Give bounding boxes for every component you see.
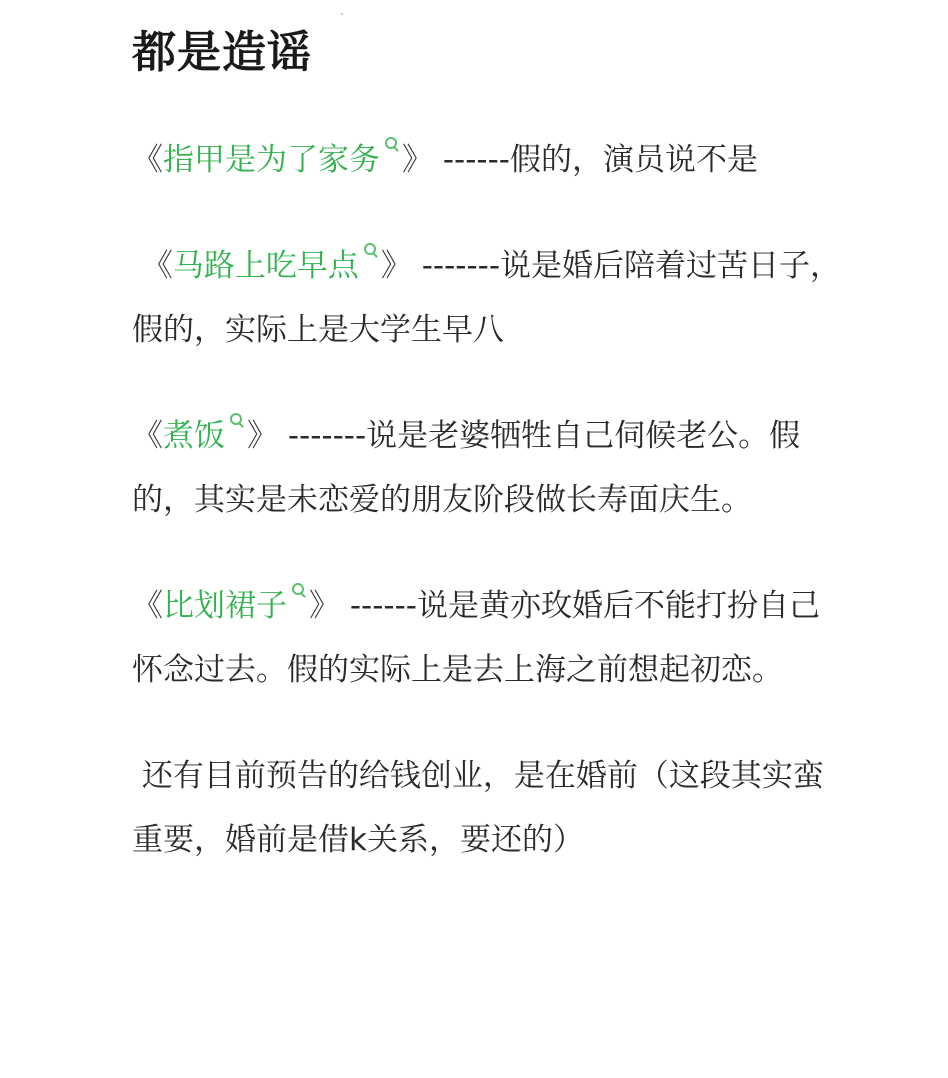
article-title: 都是造谣 — [132, 18, 844, 88]
topic-link-2[interactable]: 马路上吃早点 — [173, 248, 381, 284]
rumor-item-3: 《煮饭》 -------说是老婆牺牲自己伺候老公。假的，其实是未恋爱的朋友阶段做… — [132, 404, 844, 532]
article: 都是造谣 《指甲是为了家务》 ------假的，演员说不是 《马路上吃早点》 -… — [132, 18, 844, 914]
search-icon[interactable] — [384, 136, 400, 156]
topic-link-4[interactable]: 比划裙子 — [163, 588, 309, 624]
close-quote: 》 — [402, 142, 433, 178]
rumor-item-1: 《指甲是为了家务》 ------假的，演员说不是 — [132, 128, 844, 192]
close-quote: 》 — [381, 248, 412, 284]
open-quote: 《 — [132, 418, 163, 454]
item-body: ------假的，演员说不是 — [433, 142, 758, 178]
topic-link-3[interactable]: 煮饭 — [163, 418, 247, 454]
closing-paragraph: 还有目前预告的给钱创业，是在婚前（这段其实蛮重要，婚前是借k关系，要还的） — [132, 744, 844, 872]
topic-link-1[interactable]: 指甲是为了家务 — [163, 142, 402, 178]
open-quote: 《 — [142, 248, 173, 284]
decorative-dot — [341, 13, 343, 15]
topic-link-label[interactable]: 指甲是为了家务 — [163, 142, 380, 178]
open-quote: 《 — [132, 588, 163, 624]
search-icon[interactable] — [291, 582, 307, 602]
search-icon[interactable] — [363, 242, 379, 262]
rumor-item-4: 《比划裙子》 ------说是黄亦玫婚后不能打扮自己怀念过去。假的实际上是去上海… — [132, 574, 844, 702]
topic-link-label[interactable]: 比划裙子 — [163, 588, 287, 624]
search-icon[interactable] — [229, 412, 245, 432]
topic-link-label[interactable]: 煮饭 — [163, 418, 225, 454]
item-lead — [132, 248, 142, 284]
topic-link-label[interactable]: 马路上吃早点 — [173, 248, 359, 284]
close-quote: 》 — [309, 588, 340, 624]
rumor-item-2: 《马路上吃早点》 -------说是婚后陪着过苦日子，假的，实际上是大学生早八 — [132, 234, 844, 362]
open-quote: 《 — [132, 142, 163, 178]
close-quote: 》 — [247, 418, 278, 454]
